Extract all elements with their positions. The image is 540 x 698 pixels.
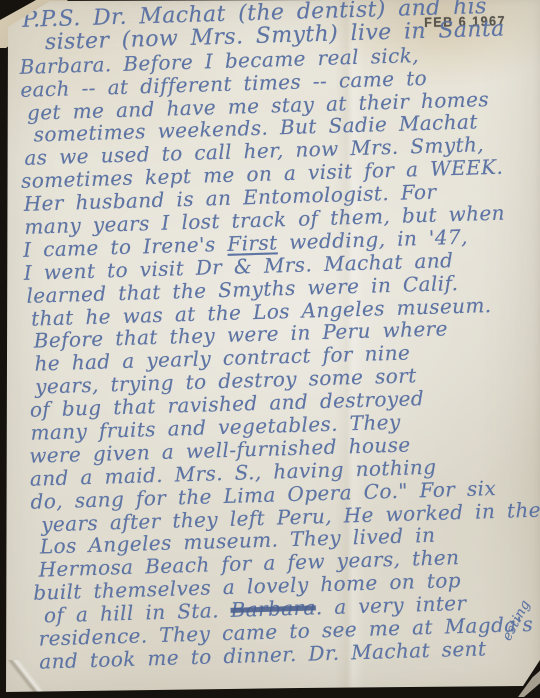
letter-scan-photo: FEB 6 1967 P.P.S. Dr. Machat (the dentis… bbox=[0, 0, 540, 698]
letter-body: P.P.S. Dr. Machat (the dentist) and hiss… bbox=[16, 0, 540, 674]
paper-crease bbox=[0, 660, 66, 698]
letter-page: FEB 6 1967 P.P.S. Dr. Machat (the dentis… bbox=[0, 0, 540, 698]
